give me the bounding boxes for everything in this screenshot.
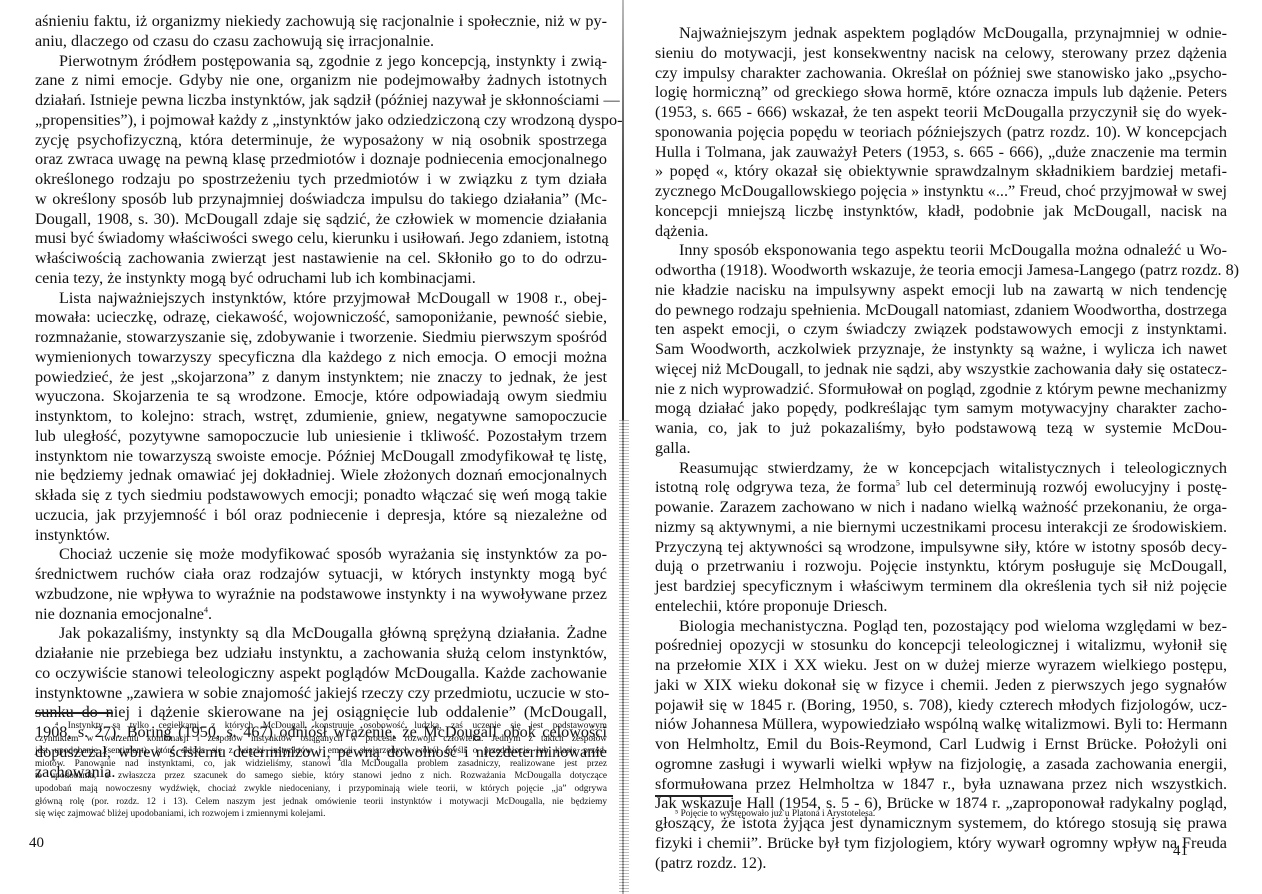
text-line: ogromne zasługi i wywarli wielki wpływ n… — [655, 755, 1227, 775]
text-line: jest bardziej specyficznym i właściwym t… — [655, 577, 1227, 597]
footnote-separator — [35, 712, 113, 714]
footnote-line: upodobań mają nowoczesny wydźwięk, choci… — [35, 783, 607, 796]
page-number-left: 40 — [29, 835, 44, 852]
text-line: działań. Istnieje pewna liczba instynktó… — [35, 91, 607, 111]
text-line: powanie. Zarazem zachowano w nich i nada… — [655, 498, 1227, 518]
text-line: Pierwotnym źródłem postępowania są, zgod… — [35, 52, 607, 72]
text-line: więcej niż McDougall, to jednak nie sądz… — [655, 360, 1227, 380]
text-line: instynktom nie towarzyszą swoiste emocje… — [35, 447, 607, 467]
text-line: wzbudzone, nie wpływa to wyraźnie na pod… — [35, 585, 607, 605]
page-number-right: 41 — [1173, 843, 1188, 860]
text-line: zycję psychofizyczną, która determinuje,… — [35, 131, 607, 151]
text-line: fizyki i chemii”. Brücke był tym fizjolo… — [655, 834, 1227, 854]
text-line: składa się z tych siedmiu podstawowych e… — [35, 486, 607, 506]
text-line: zane z nimi emocje. Gdyby nie one, organ… — [35, 71, 607, 91]
text-line: Dougall, 1908, s. 30). McDougall zdaje s… — [35, 210, 607, 230]
text-line: nie doznania emocjonalne4. — [35, 605, 607, 625]
text-line: zycznego McDougallowskiego pojęcia » ins… — [655, 182, 1227, 202]
text-line: nie będziemy jednak omawiać jej dokładni… — [35, 466, 607, 486]
left-page: aśnieniu faktu, iż organizmy niekiedy za… — [0, 0, 625, 894]
text-line: mogą działać jako popędy, podkreślając t… — [655, 399, 1227, 419]
text-line: wania, co, jak to już pokazaliśmy, było … — [655, 419, 1227, 439]
text-line: galla. — [655, 439, 1227, 459]
text-line: logię hormiczną” od greckiego słowa horm… — [655, 83, 1227, 103]
text-line: na przełomie XIX i XX wieku. Jest on w d… — [655, 656, 1227, 676]
text-line: właściwością zachowania zwierząt jest na… — [35, 249, 607, 269]
text-line: oraz zwraca uwagę na pewną klasę przedmi… — [35, 150, 607, 170]
text-line: dążenia. — [655, 222, 1227, 242]
text-line: nizmy są aktywnymi, a nie biernymi uczes… — [655, 518, 1227, 538]
text-line: uczucia, jak przyjemność i ból oraz podn… — [35, 506, 607, 526]
right-page: Najważniejszym jednak aspektem poglądów … — [632, 0, 1262, 894]
text-line: Jak pokazaliśmy, instynkty są dla McDoug… — [35, 624, 607, 644]
text-line: koncepcji mniejszą liczbę instynktów, kł… — [655, 202, 1227, 222]
text-line: instynktów. — [35, 526, 607, 546]
text-line: określonego rodzaju po spostrzeżeniu tyc… — [35, 170, 607, 190]
footnote-line: czynnikiem w tworzeniu kombinacji i zesp… — [35, 733, 607, 746]
text-line: co oczywiście stanowi teleologiczny aspe… — [35, 664, 607, 684]
text-line: instynktom, to kolejno: strach, wstręt, … — [35, 407, 607, 427]
text-line: pośredniej opozycji w stosunku do koncep… — [655, 636, 1227, 656]
text-line: w określony sposób lub przynajmniej dośw… — [35, 190, 607, 210]
text-line: odwortha (1918). Woodworth wskazuje, że … — [655, 261, 1227, 281]
text-line: powiedzieć, że jest „skojarzona” z danym… — [35, 368, 607, 388]
text-line: rozmnażanie, stowarzyszanie się, zdobywa… — [35, 328, 607, 348]
text-line: Sam Woodworth, aczkolwiek przyznaje, że … — [655, 340, 1227, 360]
binding-shadow — [619, 420, 629, 894]
text-line: do pewnego rodzaju spełnienia. McDougall… — [655, 301, 1227, 321]
text-line: cenia tezy, że instynkty mogą być odruch… — [35, 269, 607, 289]
text-line: lub uległość, pozytywne samopoczucie lub… — [35, 427, 607, 447]
text-line: czy impulsy charakter zachowania. Określ… — [655, 64, 1227, 84]
text-line: Biologia mechanistyczna. Pogląd ten, poz… — [655, 617, 1227, 637]
text-line: pojawił się w 1845 r. (Boring, 1950, s. … — [655, 696, 1227, 716]
left-page-footnotes: ⁴ Instynkty są tylko cegiełkami, z który… — [35, 720, 607, 821]
text-line: niów Johannesa Müllera, wypowiedziało ws… — [655, 715, 1227, 735]
text-line: nie z nich wyprowadzić. Sformułował on p… — [655, 380, 1227, 400]
text-line: aśnieniu faktu, iż organizmy niekiedy za… — [35, 12, 607, 32]
text-line: sformułowana przez Helmholtza w 1847 r.,… — [655, 775, 1227, 795]
text-line: Lista najważniejszych instynktów, które … — [35, 289, 607, 309]
text-line: Przyczyną tej aktywności są wrodzone, im… — [655, 538, 1227, 558]
text-line: Inny sposób eksponowania tego aspektu te… — [655, 241, 1227, 261]
footnote-separator — [655, 795, 733, 797]
text-line: dują o przetrwaniu i rozwoju. Pojęcie in… — [655, 557, 1227, 577]
text-line: działanie nie przebiega bez udziału inst… — [35, 644, 607, 664]
text-line: (1953, s. 665 - 666) wskazał, że ten asp… — [655, 103, 1227, 123]
text-line: sieniu do motywacji, jest konsekwentny n… — [655, 44, 1227, 64]
text-line: aniu, dlaczego od czasu do czasu zachowu… — [35, 32, 607, 52]
text-line: instynktowne „zawiera w sobie znajomość … — [35, 684, 607, 704]
footnote-line: te upodobania, a zwłaszcza przez szacune… — [35, 770, 607, 783]
left-page-body: aśnieniu faktu, iż organizmy niekiedy za… — [35, 12, 607, 782]
text-line: Reasumując stwierdzamy, że w koncepcjach… — [655, 459, 1227, 479]
text-line: von Helmholtz, Emil du Bois-Reymond, Car… — [655, 735, 1227, 755]
footnote-line: główną rolę (por. rozdz. 12 i 13). Celem… — [35, 796, 607, 809]
text-line: Hulla i Tolmana, jak zauważył Peters (19… — [655, 143, 1227, 163]
footnote-line: jest upodobanie (sentiment), które skład… — [35, 745, 607, 758]
text-line: sponowania pojęcia popędu w teoriach póź… — [655, 123, 1227, 143]
text-line: entelechii, które proponuje Driesch. — [655, 597, 1227, 617]
right-page-body: Najważniejszym jednak aspektem poglądów … — [655, 24, 1227, 873]
text-line: (patrz rozdz. 12). — [655, 854, 1227, 874]
text-line: średnictwem ruchów ciała oraz rodzajów s… — [35, 565, 607, 585]
text-line: „propensities”), i pojmował każdy z „ins… — [35, 111, 607, 131]
footnote-line: się więc zajmować bliżej upodobaniami, i… — [35, 808, 607, 821]
text-line: mowała: ucieczkę, odrazę, ciekawość, woj… — [35, 308, 607, 328]
text-line: nie kładzie nacisku na impulsywny aspekt… — [655, 281, 1227, 301]
footnote-line: ⁴ Instynkty są tylko cegiełkami, z który… — [35, 720, 607, 733]
text-line: jaki w XIX wieku dokonał się w fizyce i … — [655, 676, 1227, 696]
right-page-footnotes: ⁵ Pojęcie to występowało już u Platona i… — [655, 808, 1227, 821]
text-line: istotną rolę odgrywa teza, że forma5 lub… — [655, 478, 1227, 498]
footnote-line: ⁵ Pojęcie to występowało już u Platona i… — [655, 808, 1227, 821]
footnote-line: miotów. Panowanie nad instynktami, co, j… — [35, 758, 607, 771]
text-line: musi być świadomy właściwości swego celu… — [35, 229, 607, 249]
text-line: wyuczona. Skojarzenia te są wrodzone. Em… — [35, 387, 607, 407]
book-binding-gutter — [615, 0, 631, 894]
text-line: Chociaż uczenie się może modyfikować spo… — [35, 545, 607, 565]
text-line: Najważniejszym jednak aspektem poglądów … — [655, 24, 1227, 44]
text-line: wymienionych towarzyszy specyficzna dla … — [35, 348, 607, 368]
text-line: ten aspekt emocji, o czym świadczy związ… — [655, 320, 1227, 340]
text-line: » popęd «, który okazał się obiektywnie … — [655, 162, 1227, 182]
